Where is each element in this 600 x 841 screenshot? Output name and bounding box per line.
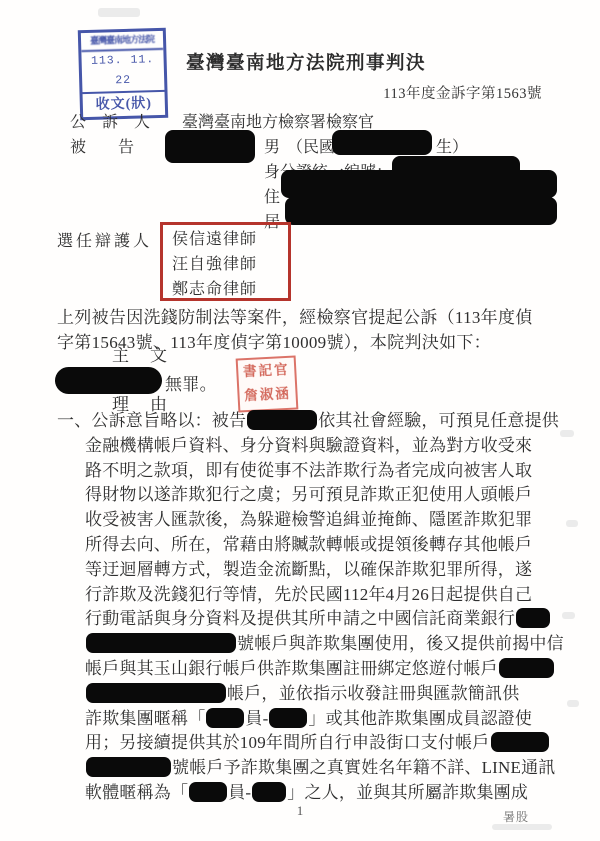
body-text: 行詐欺及洗錢犯行等情，先於民國112年4月26日起提供自己 <box>85 585 532 604</box>
redaction-box <box>491 732 549 752</box>
defendant-label: 被 告 <box>70 134 134 157</box>
prosecutor-label: 公 訴 人 <box>70 109 150 132</box>
body-text: 收受被害人匯款後，為躲避檢警追緝並掩飾、隱匿詐欺犯罪 <box>85 510 532 529</box>
body-text: 」或其他詐欺集團成員認證使 <box>308 709 532 728</box>
body-text: 等迂迴層轉方式，製造金流斷點，以確保詐欺犯罪所得，遂 <box>85 560 532 579</box>
scan-artifact <box>566 520 578 527</box>
redaction-box-defendant-name <box>165 130 255 163</box>
counsel-name: 汪自強律師 <box>172 252 288 277</box>
stamp-office-text: 臺灣臺南地方法院 <box>81 31 163 52</box>
stamp-date-text: 113. 11. 22 <box>81 50 164 94</box>
main-text-heading: 主 文 <box>112 341 169 366</box>
body-line: 路不明之款項，即有使從事不法詐欺行為者完成向被害人取 <box>85 459 552 484</box>
counsel-highlight-box: 侯信遠律師 汪自強律師 鄭志命律師 <box>160 222 291 301</box>
body-line: 帳戶，並依指示收發註冊與匯款簡訊供 <box>85 682 552 707</box>
scan-artifact <box>560 430 574 437</box>
redaction-box <box>269 708 307 728</box>
redaction-box <box>206 708 244 728</box>
clerk-seal: 書記官 詹淑涵 <box>236 355 299 412</box>
body-text: 員- <box>245 709 268 728</box>
redaction-box <box>86 683 226 703</box>
body-line: 得財物以遂詐欺犯行之虞；另可預見詐欺正犯使用人頭帳戶 <box>85 483 552 508</box>
body-text: 號帳戶與詐欺集團使用，後又提供前揭中信 <box>237 634 564 653</box>
body-line: 收受被害人匯款後，為躲避檢警追緝並掩飾、隱匿詐欺犯罪 <box>85 508 552 533</box>
body-text: 金融機構帳戶資料、身分資料與驗證資料，並為對方收受來 <box>85 436 532 455</box>
body-paragraph: 一、公訴意旨略以：被告依其社會經驗，可預見任意提供金融機構帳戶資料、身分資料與驗… <box>57 409 552 806</box>
birth-date-suffix: 生） <box>436 134 468 157</box>
scan-artifact <box>567 700 579 707</box>
body-text: 」之人，並與其所屬詐欺集團成 <box>287 783 528 802</box>
redaction-box <box>86 757 171 777</box>
body-line: 號帳戶與詐欺集團使用，後又提供前揭中信 <box>85 632 552 657</box>
body-line: 金融機構帳戶資料、身分資料與驗證資料，並為對方收受來 <box>85 434 552 459</box>
redaction-box <box>247 410 317 430</box>
redaction-box <box>252 782 286 802</box>
body-text: 帳戶，並依指示收發註冊與匯款簡訊供 <box>227 684 519 703</box>
body-line: 行動電話與身分資料及提供其所申請之中國信託商業銀行 <box>85 607 552 632</box>
body-line: 行詐欺及洗錢犯行等情，先於民國112年4月26日起提供自己 <box>85 583 552 608</box>
body-text: 軟體暱稱為「 <box>85 783 188 802</box>
redaction-box <box>86 633 236 653</box>
clerk-seal-name: 詹淑涵 <box>239 382 296 409</box>
counsel-label: 選任辯護人 <box>57 228 152 251</box>
body-text: 依其社會經驗，可預見任意提供 <box>318 411 559 430</box>
body-line: 用；另接續提供其於109年間所自行申設街口支付帳戶 <box>85 731 552 756</box>
body-line: 號帳戶予詐欺集團之真實姓名年籍不詳、LINE通訊 <box>85 756 552 781</box>
body-text: 得財物以遂詐欺犯行之虞；另可預見詐欺正犯使用人頭帳戶 <box>85 485 532 504</box>
birth-date-prefix: （民國 <box>287 134 335 157</box>
clerk-seal-title: 書記官 <box>238 358 295 385</box>
receipt-stamp: 臺灣臺南地方法院 113. 11. 22 收文(狀) <box>78 28 168 120</box>
body-line: 一、公訴意旨略以：被告依其社會經驗，可預見任意提供 <box>57 409 552 434</box>
body-line: 帳戶與其玉山銀行帳戶供詐欺集團註冊綁定悠遊付帳戶 <box>85 657 552 682</box>
body-text: 行動電話與身分資料及提供其所申請之中國信託商業銀行 <box>85 609 515 628</box>
redaction-box <box>499 658 554 678</box>
defendant-gender: 男 <box>264 134 280 157</box>
intro-line: 上列被告因洗錢防制法等案件，經檢察官提起公訴（113年度偵 <box>57 303 533 328</box>
body-text: 帳戶與其玉山銀行帳戶供詐欺集團註冊綁定悠遊付帳戶 <box>85 659 498 678</box>
residence-label: 住 <box>264 184 280 207</box>
redaction-box <box>516 608 550 628</box>
body-text: 員- <box>228 783 251 802</box>
body-text: 所得去向、所在，常藉由將贓款轉帳或提領後轉存其他帳戶 <box>85 535 532 554</box>
case-number: 113年度金訴字第1563號 <box>383 82 542 103</box>
body-text: 一、公訴意旨略以：被告 <box>57 411 246 430</box>
body-text: 號帳戶予詐欺集團之真實姓名年籍不詳、LINE通訊 <box>172 758 556 777</box>
document-title: 臺灣臺南地方法院刑事判決 <box>186 49 426 75</box>
redaction-box-domicile <box>285 197 557 225</box>
counsel-name: 鄭志命律師 <box>172 277 288 302</box>
body-line: 詐欺集團暱稱「員-」或其他詐欺集團成員認證使 <box>85 707 552 732</box>
scan-artifact <box>562 612 575 619</box>
redaction-box <box>189 782 227 802</box>
body-line: 所得去向、所在，常藉由將贓款轉帳或提領後轉存其他帳戶 <box>85 533 552 558</box>
verdict-text: 無罪。 <box>165 370 217 395</box>
prosecutor-name: 臺灣臺南地方檢察署檢察官 <box>182 109 374 132</box>
division-label: 暑股 <box>503 808 529 825</box>
body-text: 路不明之款項，即有使從事不法詐欺行為者完成向被害人取 <box>85 461 532 480</box>
court-judgment-page: 臺灣臺南地方法院 113. 11. 22 收文(狀) 臺灣臺南地方法院刑事判決 … <box>0 0 600 841</box>
body-text: 用；另接續提供其於109年間所自行申設街口支付帳戶 <box>85 733 490 752</box>
counsel-name: 侯信遠律師 <box>172 227 288 252</box>
scan-artifact <box>98 8 140 17</box>
redaction-box-residence <box>281 170 557 198</box>
body-text: 詐欺集團暱稱「 <box>85 709 205 728</box>
body-line: 等迂迴層轉方式，製造金流斷點，以確保詐欺犯罪所得，遂 <box>85 558 552 583</box>
redaction-box-birth-date <box>332 130 432 155</box>
